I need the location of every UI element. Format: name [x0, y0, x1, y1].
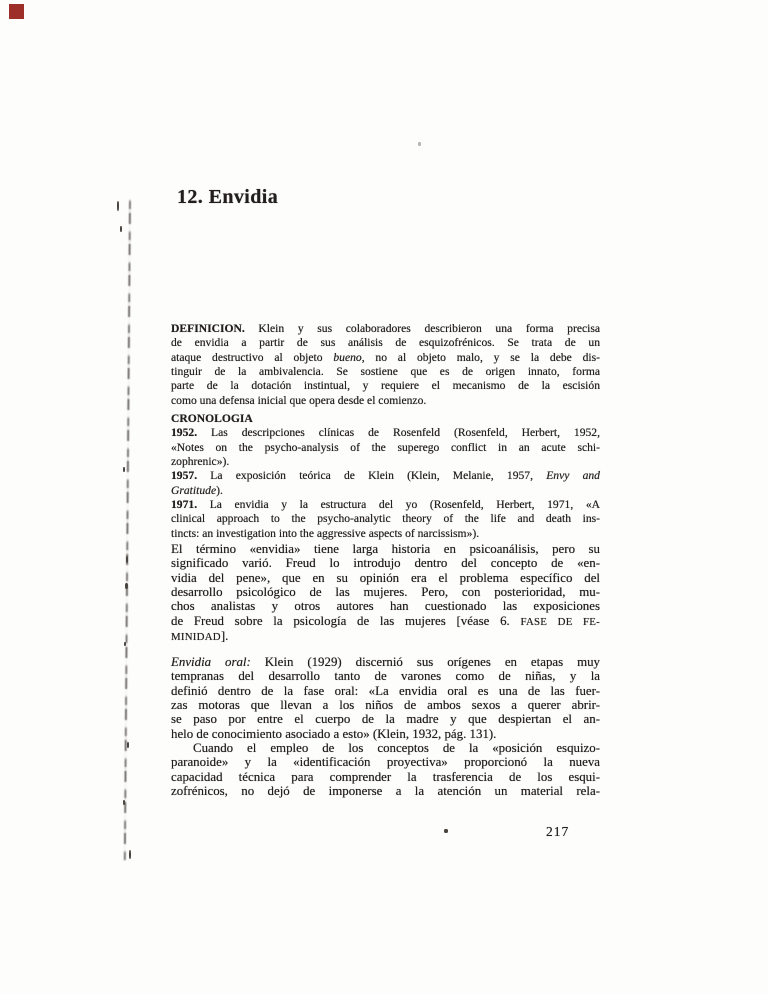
text-segment: CRONOLOGIA	[171, 412, 253, 425]
paragraph-oral-envy: Envidia oral: Klein (1929) discernió sus…	[171, 655, 600, 741]
text-line: 1971. La envidia y la estructura del yo …	[171, 498, 600, 512]
text-line: se paso por entre el cuerpo de la madre …	[171, 712, 600, 726]
chapter-title: 12. Envidia	[177, 186, 278, 209]
text-line: parte de la dotación instintual, y requi…	[171, 379, 600, 393]
text-segment: ataque destructivo al objeto	[171, 351, 333, 364]
text-segment: chos analistas y otros autores han cuest…	[171, 599, 600, 613]
text-line: significado varió. Freud lo introdujo de…	[171, 556, 600, 570]
text-line: zas motoras que llevan a los niños de am…	[171, 698, 600, 712]
text-segment: El término «envidia» tiene larga histori…	[171, 542, 600, 556]
text-segment: tempranas del desarrollo tanto de varone…	[171, 669, 600, 683]
text-line: tempranas del desarrollo tanto de varone…	[171, 669, 600, 683]
text-line: MINIDAD].	[171, 629, 600, 644]
text-segment: ].	[221, 629, 229, 643]
text-segment: vidia del pene», que en su opinión era e…	[171, 571, 600, 585]
text-segment: Klein (1929) discernió sus orígenes en e…	[251, 655, 600, 669]
text-line: de Freud sobre la psicología de las muje…	[171, 614, 600, 629]
text-line: paranoide» y la «identificación proyecti…	[171, 755, 600, 769]
text-line: ataque destructivo al objeto bueno, no a…	[171, 351, 600, 365]
text-line: definió dentro de la fase oral: «La envi…	[171, 684, 600, 698]
text-segment: parte de la dotación instintual, y requi…	[171, 379, 600, 392]
text-line: desarrollo psicológico de las mujeres. P…	[171, 585, 600, 599]
text-segment: tinguir de la ambivalencia. Se sostiene …	[171, 365, 600, 378]
text-line: zophrenic»).	[171, 455, 600, 469]
text-segment: 1957.	[171, 469, 197, 482]
text-segment: 1952.	[171, 426, 197, 439]
text-line: Gratitude).	[171, 484, 600, 498]
text-segment: zas motoras que llevan a los niños de am…	[171, 698, 600, 712]
text-line: vidia del pene», que en su opinión era e…	[171, 571, 600, 585]
page-number: 217	[546, 824, 569, 840]
text-line: zofrénicos, no dejó de imponerse a la at…	[171, 784, 600, 798]
paragraph-chronology: CRONOLOGIA1952. Las descripciones clínic…	[171, 412, 600, 541]
text-line: DEFINICION. Klein y sus colaboradores de…	[171, 322, 600, 336]
text-line: de envidia a partir de sus análisis de e…	[171, 336, 600, 350]
text-line: chos analistas y otros autores han cuest…	[171, 599, 600, 613]
text-segment: de envidia a partir de sus análisis de e…	[171, 336, 600, 349]
text-segment: Envidia oral:	[171, 655, 251, 669]
text-line: capacidad técnica para comprender la tra…	[171, 770, 600, 784]
text-segment: zophrenic»).	[171, 455, 229, 468]
text-segment: definió dentro de la fase oral: «La envi…	[171, 684, 600, 698]
paragraph-projective: Cuando el empleo de los conceptos de la …	[171, 741, 600, 798]
text-segment: como una defensa inicial que opera desde…	[171, 394, 426, 407]
text-segment: de Freud sobre la psicología de las muje…	[171, 614, 521, 628]
scanned-book-page: 12. Envidia DEFINICION. Klein y sus cola…	[0, 0, 768, 994]
text-segment: paranoide» y la «identificación proyecti…	[171, 755, 600, 769]
text-segment: Las descripciones clínicas de Rosenfeld …	[197, 426, 600, 439]
text-segment: clinical approach to the psycho-analytic…	[171, 512, 600, 525]
text-segment: , no al objeto malo, y se la debe dis-	[362, 351, 600, 364]
text-segment: Gratitude	[171, 484, 216, 497]
text-line: clinical approach to the psycho-analytic…	[171, 512, 600, 526]
paragraph-term-history: El término «envidia» tiene larga histori…	[171, 542, 600, 644]
text-segment: zofrénicos, no dejó de imponerse a la at…	[171, 784, 600, 798]
text-column: 12. Envidia DEFINICION. Klein y sus cola…	[0, 0, 768, 994]
text-line: Cuando el empleo de los conceptos de la …	[171, 741, 600, 755]
text-segment: helo de conocimiento asociado a esto» (K…	[171, 727, 496, 741]
text-segment: Klein y sus colaboradores describieron u…	[245, 322, 600, 335]
text-segment: «Notes on the psycho-analysis of the sup…	[171, 441, 600, 454]
text-segment: ).	[216, 484, 223, 497]
text-segment: Cuando el empleo de los conceptos de la …	[193, 741, 600, 755]
text-line: como una defensa inicial que opera desde…	[171, 394, 600, 408]
text-line: helo de conocimiento asociado a esto» (K…	[171, 727, 600, 741]
text-line: Envidia oral: Klein (1929) discernió sus…	[171, 655, 600, 669]
text-line: El término «envidia» tiene larga histori…	[171, 542, 600, 556]
text-segment: MINIDAD	[171, 631, 221, 643]
text-line: tincts: an investigation into the aggres…	[171, 527, 600, 541]
text-line: 1957. La exposición teórica de Klein (Kl…	[171, 469, 600, 483]
text-segment: desarrollo psicológico de las mujeres. P…	[171, 585, 600, 599]
text-segment: Envy and	[546, 469, 600, 482]
text-segment: La exposición teórica de Klein (Klein, M…	[197, 469, 546, 482]
text-segment: DEFINICION.	[171, 322, 245, 335]
paragraph-definition: DEFINICION. Klein y sus colaboradores de…	[171, 322, 600, 408]
text-segment: FASE DE FE-	[521, 616, 601, 628]
text-line: «Notes on the psycho-analysis of the sup…	[171, 441, 600, 455]
text-line: CRONOLOGIA	[171, 412, 600, 426]
text-segment: significado varió. Freud lo introdujo de…	[171, 556, 600, 570]
text-line: 1952. Las descripciones clínicas de Rose…	[171, 426, 600, 440]
text-segment: se paso por entre el cuerpo de la madre …	[171, 712, 600, 726]
text-segment: capacidad técnica para comprender la tra…	[171, 770, 600, 784]
text-line: tinguir de la ambivalencia. Se sostiene …	[171, 365, 600, 379]
text-segment: tincts: an investigation into the aggres…	[171, 527, 479, 540]
text-segment: 1971.	[171, 498, 197, 511]
text-segment: La envidia y la estructura del yo (Rosen…	[197, 498, 600, 511]
text-segment: bueno	[333, 351, 361, 364]
